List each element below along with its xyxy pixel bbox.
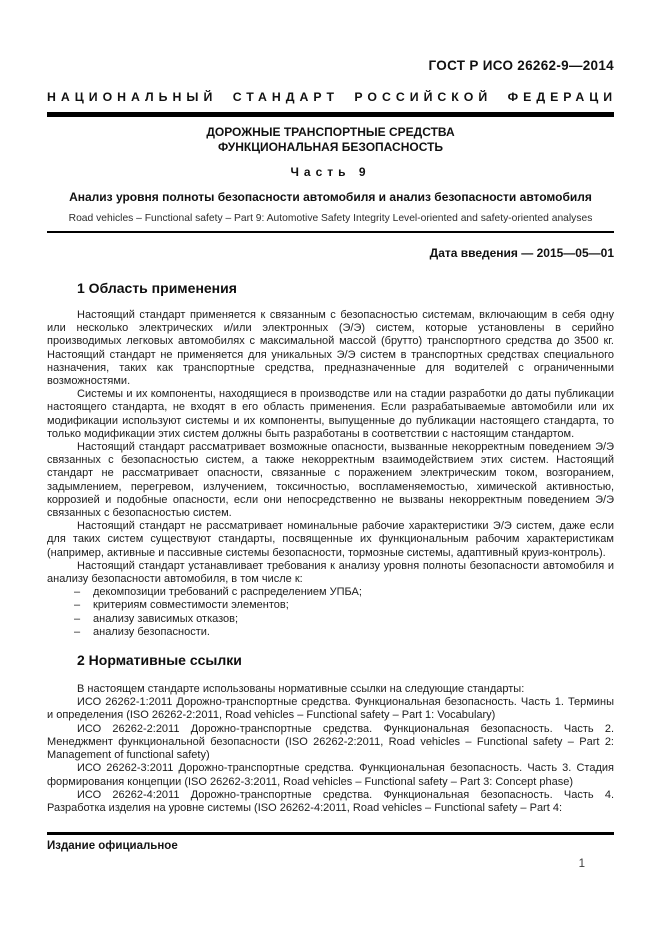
doc-part: Часть 9 <box>47 165 614 179</box>
title-rule <box>47 231 614 233</box>
reference-paragraph: ИСО 26262-2:2011 Дорожно-транспортные ср… <box>47 723 614 763</box>
reference-paragraph: ИСО 26262-4:2011 Дорожно-транспортные ср… <box>47 789 614 815</box>
doc-title-line1: ДОРОЖНЫЕ ТРАНСПОРТНЫЕ СРЕДСТВА <box>47 126 614 140</box>
section-1-paragraph: Настоящий стандарт рассматривает возможн… <box>47 441 614 520</box>
dash-marker: – <box>74 626 80 639</box>
doc-title-line2: ФУНКЦИОНАЛЬНАЯ БЕЗОПАСНОСТЬ <box>47 141 614 155</box>
list-item: – анализу зависимых отказов; <box>47 613 614 626</box>
section-1-paragraph: Настоящий стандарт применяется к связанн… <box>47 309 614 388</box>
doc-code: ГОСТ Р ИСО 26262-9—2014 <box>47 58 614 73</box>
doc-subtitle-en: Road vehicles – Functional safety – Part… <box>47 213 614 224</box>
doc-subtitle-ru: Анализ уровня полноты безопасности автом… <box>47 190 614 204</box>
section-1-paragraph: Настоящий стандарт не рассматривает номи… <box>47 520 614 560</box>
list-item-text: анализу зависимых отказов; <box>93 613 238 625</box>
footer-rule <box>47 832 614 835</box>
list-item-text: анализу безопасности. <box>93 626 210 638</box>
page-number: 1 <box>579 858 585 870</box>
dash-marker: – <box>74 613 80 626</box>
list-item: – анализу безопасности. <box>47 626 614 639</box>
list-item: – критериям совместимости элементов; <box>47 599 614 612</box>
page-body: ГОСТ Р ИСО 26262-9—2014 НАЦИОНАЛЬНЫЙ СТА… <box>47 0 614 830</box>
reference-paragraph: ИСО 26262-3:2011 Дорожно-транспортные ср… <box>47 762 614 788</box>
section-2-paragraph: В настоящем стандарте использованы норма… <box>47 683 614 696</box>
dash-marker: – <box>74 599 80 612</box>
header-rule <box>47 112 614 117</box>
effective-date: Дата введения — 2015—05—01 <box>47 246 614 260</box>
list-item-text: декомпозиции требований с распределением… <box>93 586 362 598</box>
list-item: – декомпозиции требований с распределени… <box>47 586 614 599</box>
list-item-text: критериям совместимости элементов; <box>93 599 289 611</box>
reference-paragraph: ИСО 26262-1:2011 Дорожно-транспортные ср… <box>47 696 614 722</box>
national-standard-banner: НАЦИОНАЛЬНЫЙ СТАНДАРТ РОССИЙСКОЙ ФЕДЕРАЦ… <box>47 90 614 104</box>
section-2-heading: 2 Нормативные ссылки <box>47 652 614 668</box>
section-1-paragraph: Системы и их компоненты, находящиеся в п… <box>47 388 614 441</box>
dash-marker: – <box>74 586 80 599</box>
section-1-list-intro: Настоящий стандарт устанавливает требова… <box>47 560 614 586</box>
document-page: ГОСТ Р ИСО 26262-9—2014 НАЦИОНАЛЬНЫЙ СТА… <box>0 0 661 935</box>
section-1-heading: 1 Область применения <box>47 280 614 296</box>
official-edition-note: Издание официальное <box>47 840 178 852</box>
